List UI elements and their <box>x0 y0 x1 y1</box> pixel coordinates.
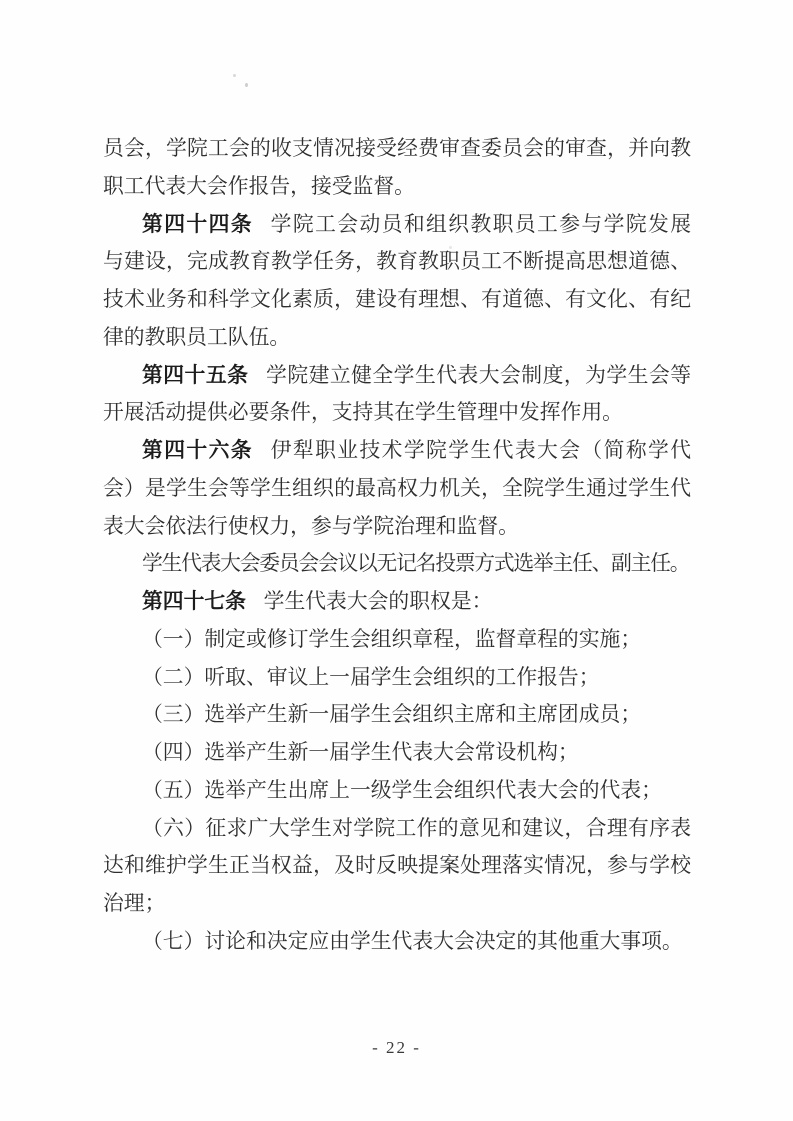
text-line: 职工代表大会作报告，接受监督。 <box>103 168 691 206</box>
scan-speck <box>245 83 248 87</box>
text-line: 技术业务和科学文化素质，建设有理想、有道德、有文化、有纪 <box>103 281 691 319</box>
text-line: 会）是学生会等学生组织的最高权力机关，全院学生通过学生代 <box>103 470 691 508</box>
scan-speck <box>233 74 236 77</box>
article-number: 第四十四条 <box>142 213 253 236</box>
text-line: （四）选举产生新一届学生代表大会常设机构； <box>103 734 691 772</box>
text-line: 与建设，完成教育教学任务，教育教职员工不断提高思想道德、 <box>103 243 691 281</box>
text-line: （六）征求广大学生对学院工作的意见和建议，合理有序表 <box>103 810 691 848</box>
text-line: 治理； <box>103 885 691 923</box>
text-line: 表大会依法行使权力，参与学院治理和监督。 <box>103 508 691 546</box>
text-line: 员会，学院工会的收支情况接受经费审查委员会的审查，并向教 <box>103 130 691 168</box>
text-line: （七）讨论和决定应由学生代表大会决定的其他重大事项。 <box>103 923 691 961</box>
text-line: 开展活动提供必要条件，支持其在学生管理中发挥作用。 <box>103 394 691 432</box>
text-line: 律的教职员工队伍。 <box>103 319 691 357</box>
article-number: 第四十六条 <box>142 439 253 462</box>
article-number: 第四十五条 <box>142 364 248 387</box>
article-text: 学院工会动员和组织教职员工参与学院发展 <box>271 213 691 236</box>
article-line: 第四十五条学院建立健全学生代表大会制度，为学生会等 <box>103 357 691 395</box>
article-line: 第四十六条伊犁职业技术学院学生代表大会（简称学代 <box>103 432 691 470</box>
text-line: （二）听取、审议上一届学生会组织的工作报告； <box>103 659 691 697</box>
text-line: 学生代表大会委员会会议以无记名投票方式选举主任、副主任。 <box>103 545 691 583</box>
text-line: （五）选举产生出席上一级学生会组织代表大会的代表； <box>103 772 691 810</box>
text-line: 达和维护学生正当权益，及时反映提案处理落实情况，参与学校 <box>103 847 691 885</box>
article-line: 第四十四条学院工会动员和组织教职员工参与学院发展 <box>103 206 691 244</box>
article-text: 学生代表大会的职权是： <box>264 590 493 613</box>
document-page: 员会，学院工会的收支情况接受经费审查委员会的审查，并向教职工代表大会作报告，接受… <box>0 0 793 1121</box>
document-body: 员会，学院工会的收支情况接受经费审查委员会的审查，并向教职工代表大会作报告，接受… <box>103 130 691 961</box>
article-text: 伊犁职业技术学院学生代表大会（简称学代 <box>271 439 691 462</box>
page-number: - 22 - <box>0 1038 793 1058</box>
article-line: 第四十七条学生代表大会的职权是： <box>103 583 691 621</box>
article-number: 第四十七条 <box>142 590 246 613</box>
article-text: 学院建立健全学生代表大会制度，为学生会等 <box>266 364 691 387</box>
text-line: （一）制定或修订学生会组织章程，监督章程的实施； <box>103 621 691 659</box>
text-line: （三）选举产生新一届学生会组织主席和主席团成员； <box>103 696 691 734</box>
